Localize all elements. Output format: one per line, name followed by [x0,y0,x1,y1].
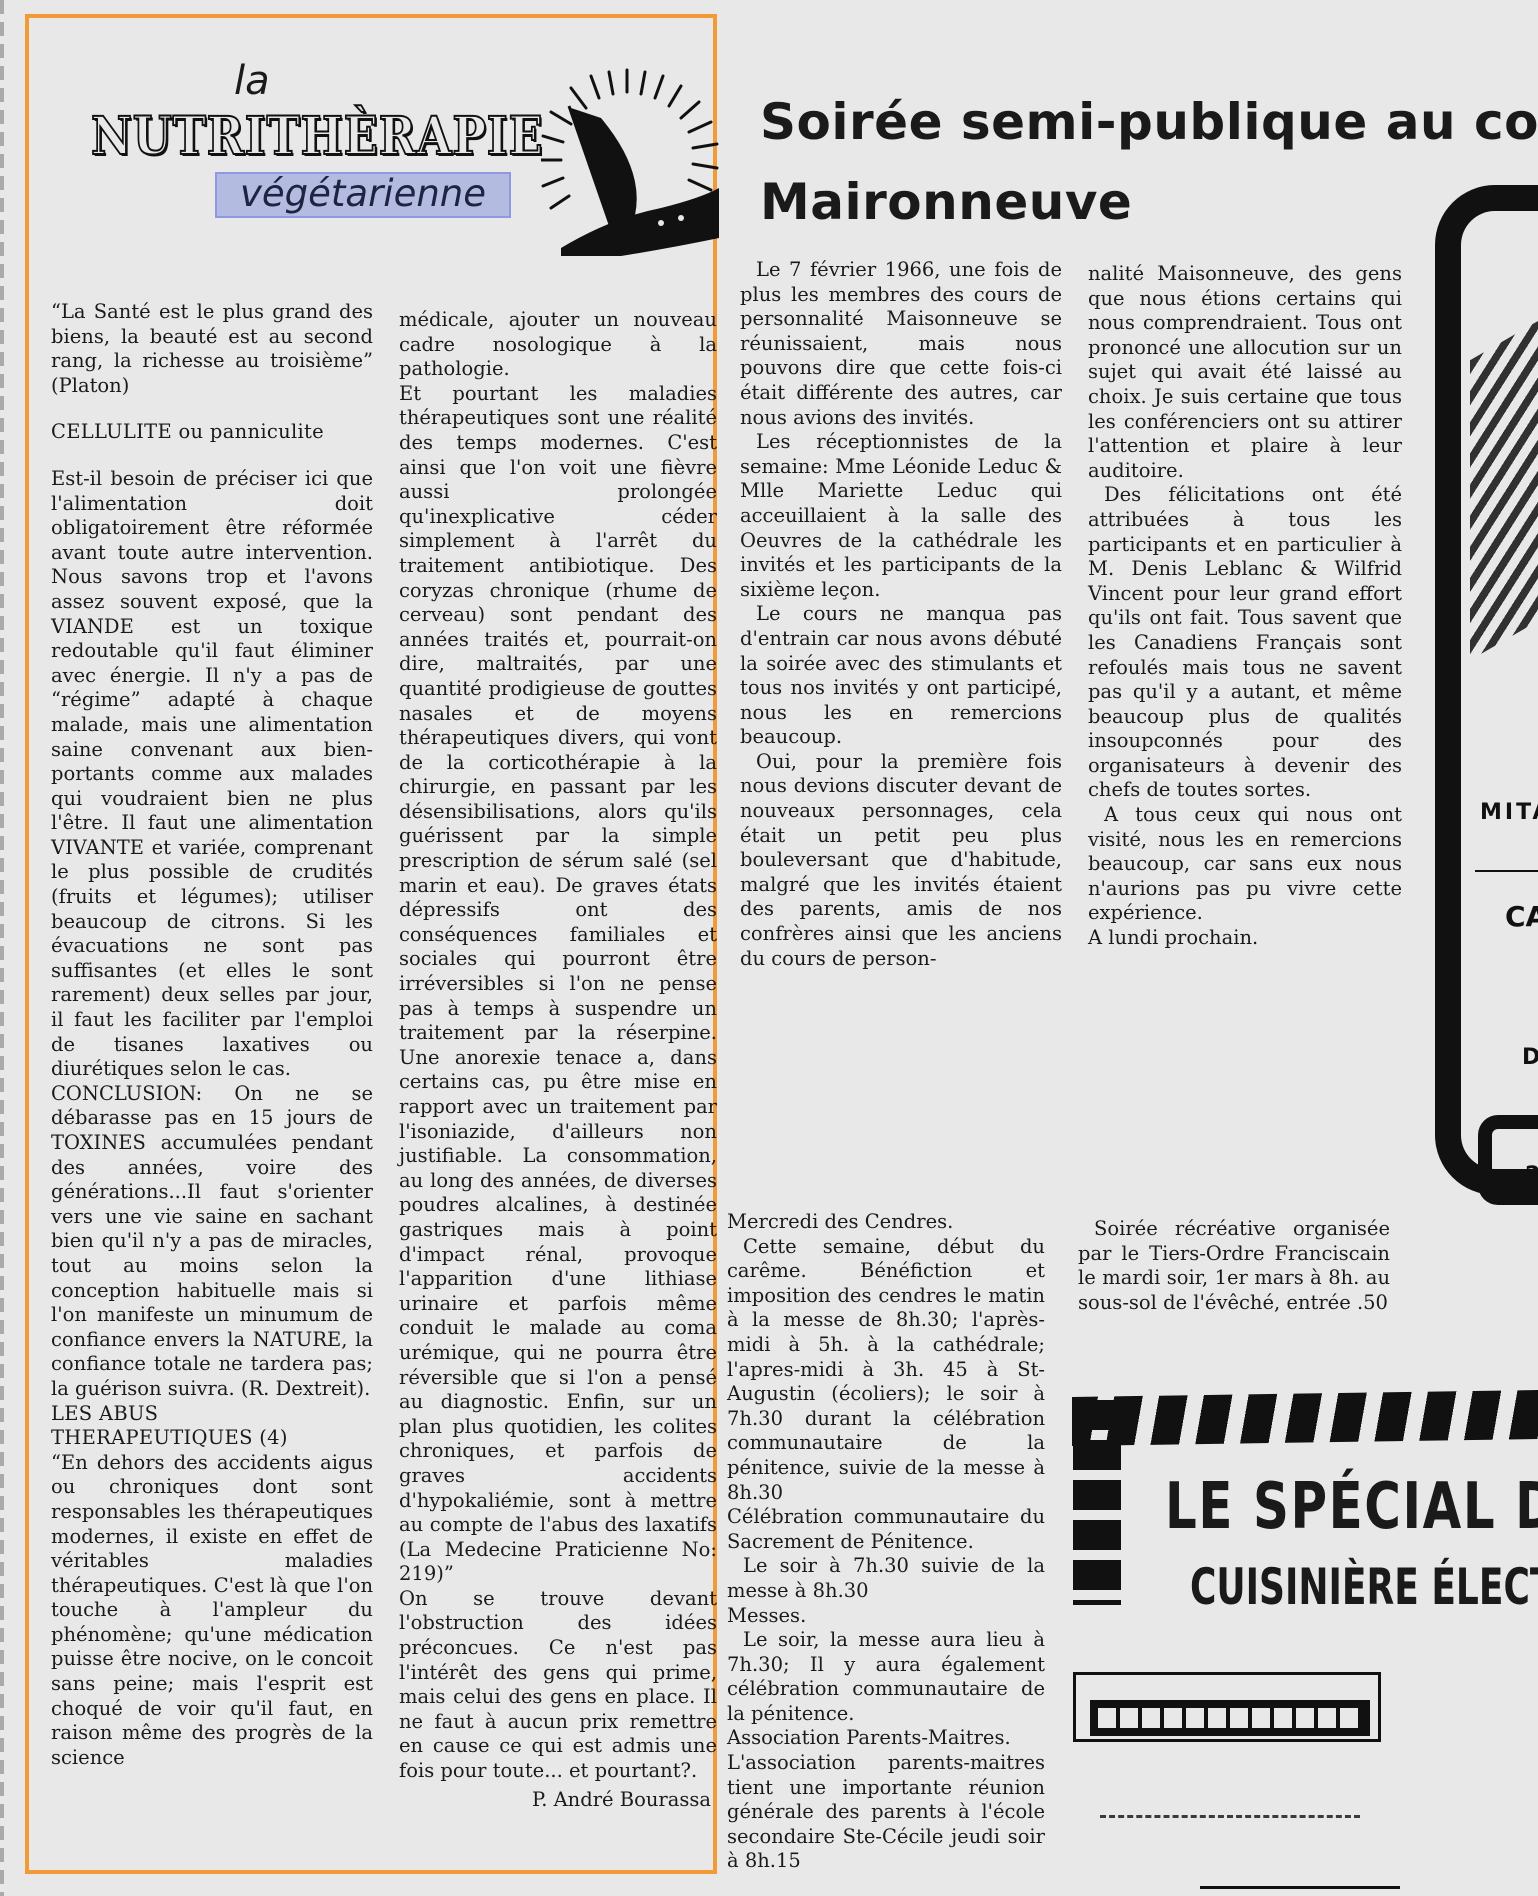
ad-divider [1475,870,1538,872]
section-heading-abus: LES ABUS [51,1402,373,1427]
heading-association: Association Parents-Maitres. [727,1726,1045,1751]
sailboat-sun-icon [541,68,721,258]
ad-text-fragment: CA [1505,900,1538,933]
platon-quote: “La Santé est le plus grand des biens, l… [51,300,373,398]
paragraph: Le 7 février 1966, une fois de plus les … [740,258,1062,430]
section-heading-therapeutiques: THERAPEUTIQUES (4) [51,1426,373,1451]
headline-line-2: Maironneuve [760,162,1538,242]
heading-celebration: Célébration communautaire du Sacrement d… [727,1505,1045,1554]
paragraph: A tous ceux qui nous ont visité, nous le… [1088,803,1402,926]
paragraph: Soirée récréative organisée par le Tiers… [1078,1217,1390,1315]
paragraph-obstruction: On se trouve devant l'obstruction des id… [399,1587,717,1784]
stove-sketch-lines [1100,1785,1360,1818]
ad-base-line [1200,1886,1400,1889]
paragraph-alimentation: Est-il besoin de préciser ici que l'alim… [51,467,373,1082]
ad-title: LE SPÉCIAL D [1165,1470,1538,1544]
paragraph-continuation: médicale, ajouter un nouveau cadre nosol… [399,308,717,382]
paragraph: Cette semaine, début du carême. Bénéfict… [727,1235,1045,1506]
author-signature: P. André Bourassa [399,1788,717,1813]
paragraph: L'association parents-maitres tient une … [727,1751,1045,1874]
heading-mercredi-cendres: Mercredi des Cendres. [727,1210,1045,1235]
section-heading-cellulite: CELLULITE ou panniculite [51,420,373,445]
ornamental-border-side [1073,1400,1121,1605]
headline-line-1: Soirée semi-publique au cour [760,82,1538,162]
article-column-2: médicale, ajouter un nouveau cadre nosol… [399,308,717,1812]
ad-text-fragment: 2 [1525,1163,1538,1188]
paragraph-maladies-therapeutiques: Et pourtant les maladies thérapeutiques … [399,382,717,1587]
soiree-recreative-column: Soirée récréative organisée par le Tiers… [1078,1217,1390,1315]
soiree-headline: Soirée semi-publique au cour Maironneuve [760,82,1538,242]
masthead-title: NUTRITHÈRAPIE [91,106,544,167]
ornamental-border-top [1072,1383,1538,1453]
article-column-1: “La Santé est le plus grand des biens, l… [51,300,373,1770]
paragraph-conclusion: CONCLUSION: On ne se débarasse pas en 15… [51,1082,373,1402]
paragraph: Les réceptionnistes de la semaine: Mme L… [740,430,1062,602]
paragraph: Des félicitations ont été attribuées à t… [1088,483,1402,803]
hand-illustration-icon [1470,320,1538,660]
masthead-subtitle-highlight[interactable]: végétarienne [215,172,511,218]
closing-line: A lundi prochain. [1088,926,1402,951]
ad-text-fragment: D [1522,1045,1538,1070]
page-edge-marks [0,0,4,1896]
paragraph: Le soir, la messe aura lieu à 7h.30; Il … [727,1628,1045,1726]
paragraph-accidents: “En dehors des accidents aigus ou chroni… [51,1451,373,1771]
article-masthead: la NUTRITHÈRAPIE végétarienne [29,18,713,278]
paragraph: Le cours ne manqua pas d'entrain car nou… [740,602,1062,750]
soiree-column-2: nalité Maisonneuve, des gens que nous ét… [1088,262,1402,951]
paragraph: Oui, pour la première fois nous devions … [740,750,1062,971]
paragraph: Le soir à 7h.30 suivie de la messe à 8h.… [727,1554,1045,1603]
ad-text-fragment: MITA [1480,800,1538,825]
paragraph: nalité Maisonneuve, des gens que nous ét… [1088,262,1402,483]
soiree-column-1: Le 7 février 1966, une fois de plus les … [740,258,1062,971]
stove-control-panel [1090,1700,1370,1736]
heading-messes: Messes. [727,1604,1045,1629]
parish-news-column: Mercredi des Cendres. Cette semaine, déb… [727,1210,1045,1874]
ad-subtitle: CUISINIÈRE ÉLECTR [1190,1558,1538,1616]
nutritherapie-article[interactable]: la NUTRITHÈRAPIE végétarienne “La Santé … [25,14,717,1874]
lamp-icon [1478,1115,1538,1205]
masthead-prefix: la [234,58,270,104]
